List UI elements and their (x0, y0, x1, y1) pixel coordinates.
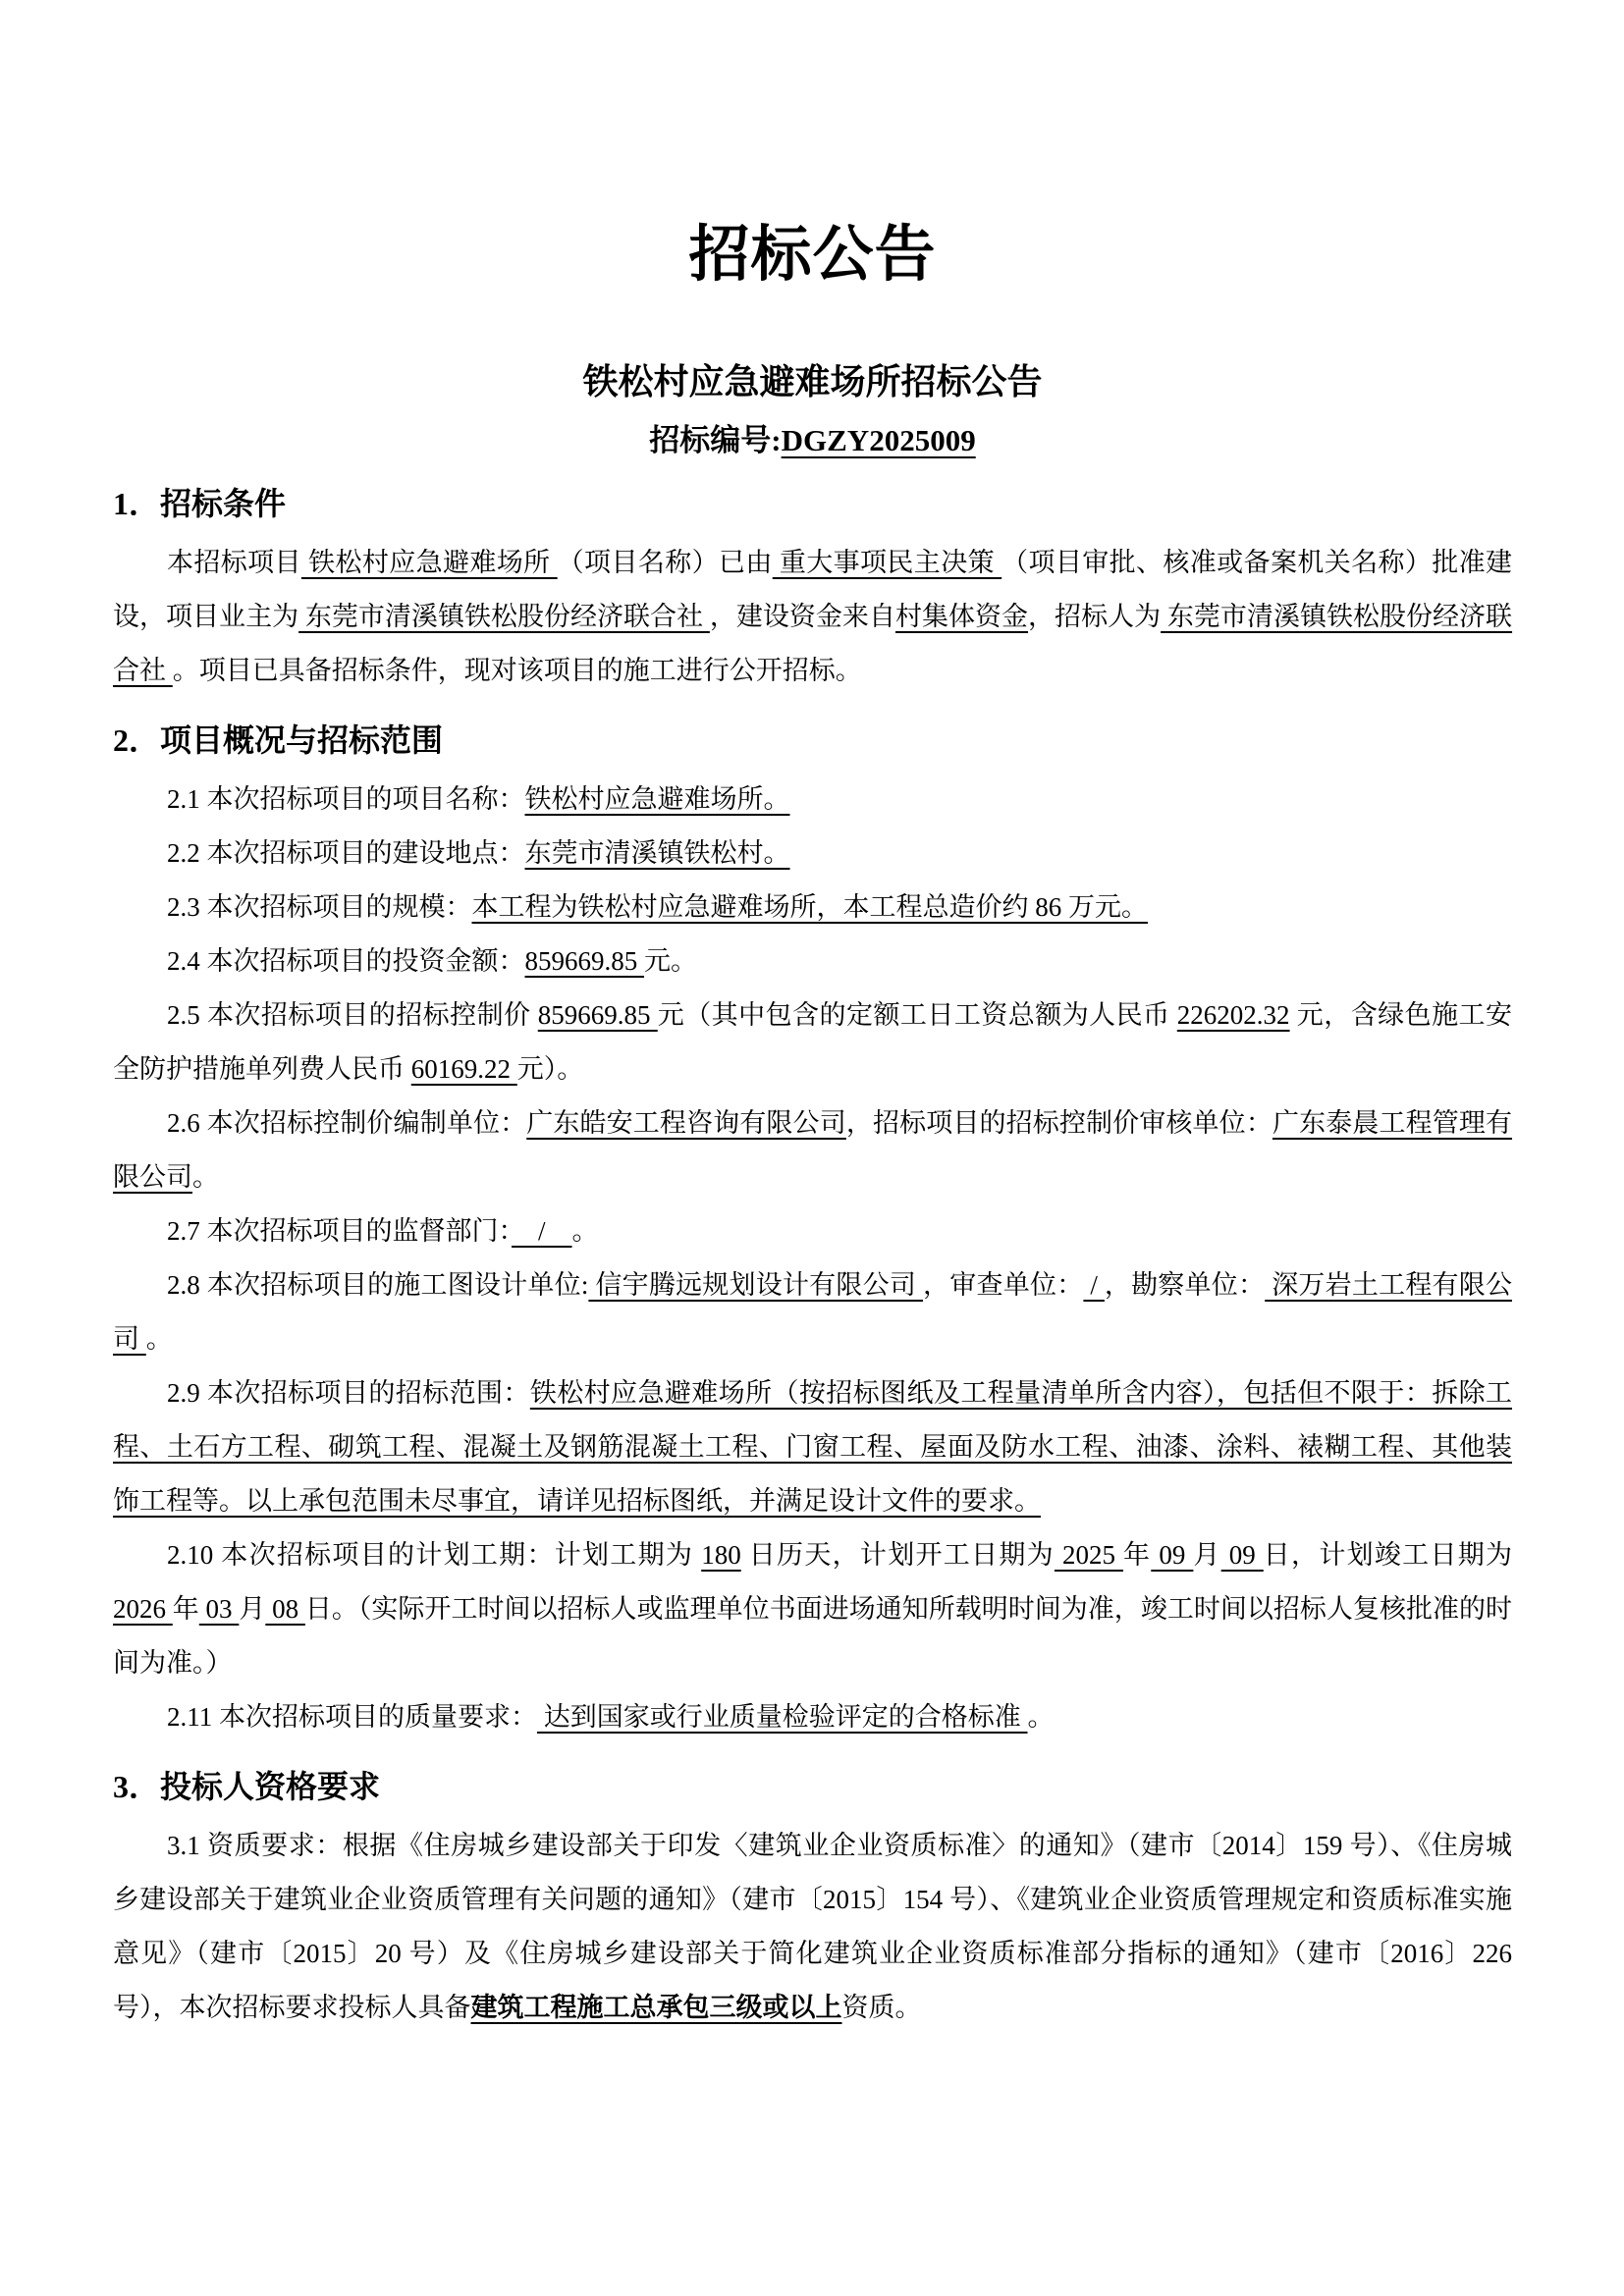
text-segment: 2.5 本次招标项目的招标控制价 (167, 1000, 538, 1030)
text-segment: 年 (173, 1594, 199, 1624)
text-segment: ，招标项目的招标控制价审核单位： (846, 1108, 1272, 1138)
tender-number-line: 招标编号:DGZY2025009 (113, 420, 1512, 461)
text-segment: 铁松村应急避难场所。 (525, 784, 790, 814)
text-segment: 建筑工程施工总承包三级或以上 (471, 1993, 842, 2022)
text-segment: 2.11 本次招标项目的质量要求： (167, 1702, 537, 1732)
clause-2-9: 2.9 本次招标项目的招标范围：铁松村应急避难场所（按招标图纸及工程量清单所含内… (113, 1366, 1512, 1528)
text-segment: 2.10 本次招标项目的计划工期：计划工期为 (167, 1540, 701, 1570)
text-segment: 铁松村应急避难场所 (301, 548, 558, 577)
text-segment: 2026 (113, 1594, 173, 1624)
text-segment: 09 (1151, 1540, 1193, 1570)
text-segment: 。项目已具备招标条件，现对该项目的施工进行公开招标。 (173, 656, 862, 685)
text-segment: 本工程为铁松村应急避难场所，本工程总造价约 86 万元。 (472, 892, 1149, 922)
text-segment: 年 (1123, 1540, 1151, 1570)
clause-2-5: 2.5 本次招标项目的招标控制价 859669.85 元（其中包含的定额工日工资… (113, 988, 1512, 1096)
text-segment: 日，计划竣工日期为 (1264, 1540, 1512, 1570)
text-segment: 。 (192, 1162, 219, 1192)
text-segment: 2.8 本次招标项目的施工图设计单位: (167, 1270, 588, 1300)
text-segment: 。 (572, 1216, 599, 1246)
text-segment: 859669.85 (525, 946, 645, 976)
text-segment: 信宇腾远规划设计有限公司 (588, 1270, 923, 1300)
text-segment: 重大事项民主决策 (773, 548, 1001, 577)
text-segment: 。 (1028, 1702, 1055, 1732)
text-segment: 达到国家或行业质量检验评定的合格标准 (537, 1702, 1028, 1732)
text-segment: 08 (265, 1594, 305, 1624)
text-segment: 本招标项目 (167, 548, 301, 577)
text-segment: 03 (199, 1594, 240, 1624)
clause-2-8: 2.8 本次招标项目的施工图设计单位: 信宇腾远规划设计有限公司 ，审查单位： … (113, 1258, 1512, 1366)
text-segment: 2.7 本次招标项目的监督部门： (167, 1216, 512, 1246)
document-title: 招标公告 (113, 210, 1512, 300)
clause-2-2: 2.2 本次招标项目的建设地点：东莞市清溪镇铁松村。 (113, 827, 1512, 881)
tender-number-label: 招标编号: (649, 423, 781, 457)
text-segment: 60169.22 (411, 1054, 517, 1084)
text-segment: 元。 (644, 946, 697, 976)
text-segment: / (512, 1216, 572, 1246)
text-segment: ，建设资金来自 (710, 602, 895, 631)
text-segment: ，审查单位： (923, 1270, 1083, 1300)
clause-2-10: 2.10 本次招标项目的计划工期：计划工期为 180 日历天，计划开工日期为 2… (113, 1528, 1512, 1690)
section-2-heading: 2．项目概况与招标范围 (113, 716, 1512, 765)
clause-2-6: 2.6 本次招标控制价编制单位：广东皓安工程咨询有限公司，招标项目的招标控制价审… (113, 1096, 1512, 1204)
text-segment: 广东皓安工程咨询有限公司 (526, 1108, 846, 1138)
text-segment: 元（其中包含的定额工日工资总额为人民币 (658, 1000, 1177, 1030)
text-segment: 2.1 本次招标项目的项目名称： (167, 784, 525, 814)
text-segment: 资质。 (842, 1993, 922, 2022)
text-segment: 2.9 本次招标项目的招标范围： (167, 1378, 530, 1408)
tender-number-value: DGZY2025009 (782, 423, 976, 457)
clause-2-1: 2.1 本次招标项目的项目名称：铁松村应急避难场所。 (113, 773, 1512, 827)
text-segment: 月 (1193, 1540, 1220, 1570)
text-segment: ，勘察单位： (1105, 1270, 1265, 1300)
text-segment: 日历天，计划开工日期为 (741, 1540, 1055, 1570)
section-3-heading: 3．投标人资格要求 (113, 1762, 1512, 1811)
section-1-paragraph: 本招标项目 铁松村应急避难场所 （项目名称）已由 重大事项民主决策 （项目审批、… (113, 536, 1512, 698)
clause-2-4: 2.4 本次招标项目的投资金额：859669.85 元。 (113, 934, 1512, 988)
text-segment: ，招标人为 (1028, 602, 1161, 631)
text-segment: 2.3 本次招标项目的规模： (167, 892, 472, 922)
text-segment: / (1083, 1270, 1104, 1300)
text-segment: 859669.85 (538, 1000, 658, 1030)
clause-2-3: 2.3 本次招标项目的规模：本工程为铁松村应急避难场所，本工程总造价约 86 万… (113, 881, 1512, 934)
text-segment: 2.6 本次招标控制价编制单位： (167, 1108, 526, 1138)
text-segment: 2.4 本次招标项目的投资金额： (167, 946, 525, 976)
text-segment: 180 (701, 1540, 741, 1570)
tender-announcement-page: 招标公告 铁松村应急避难场所招标公告 招标编号:DGZY2025009 1．招标… (0, 0, 1624, 2296)
text-segment: 。 (146, 1324, 173, 1354)
text-segment: 2025 (1055, 1540, 1123, 1570)
text-segment: 09 (1221, 1540, 1264, 1570)
text-segment: 村集体资金 (895, 602, 1028, 631)
text-segment: 东莞市清溪镇铁松股份经济联合社 (298, 602, 710, 631)
text-segment: 东莞市清溪镇铁松村。 (525, 838, 790, 868)
document-subtitle: 铁松村应急避难场所招标公告 (113, 359, 1512, 404)
text-segment: 2.2 本次招标项目的建设地点： (167, 838, 525, 868)
text-segment: 226202.32 (1177, 1000, 1290, 1030)
text-segment: 月 (239, 1594, 265, 1624)
text-segment: （项目名称）已由 (558, 548, 773, 577)
section-1-heading: 1．招标条件 (113, 479, 1512, 528)
text-segment: 日。（实际开工时间以招标人或监理单位书面进场通知所载明时间为准，竣工时间以招标人… (113, 1594, 1512, 1678)
text-segment: 元）。 (517, 1054, 584, 1084)
clause-2-11: 2.11 本次招标项目的质量要求： 达到国家或行业质量检验评定的合格标准 。 (113, 1690, 1512, 1744)
clause-3-1: 3.1 资质要求：根据《住房城乡建设部关于印发〈建筑业企业资质标准〉的通知》（建… (113, 1819, 1512, 2035)
clause-2-7: 2.7 本次招标项目的监督部门： / 。 (113, 1204, 1512, 1258)
